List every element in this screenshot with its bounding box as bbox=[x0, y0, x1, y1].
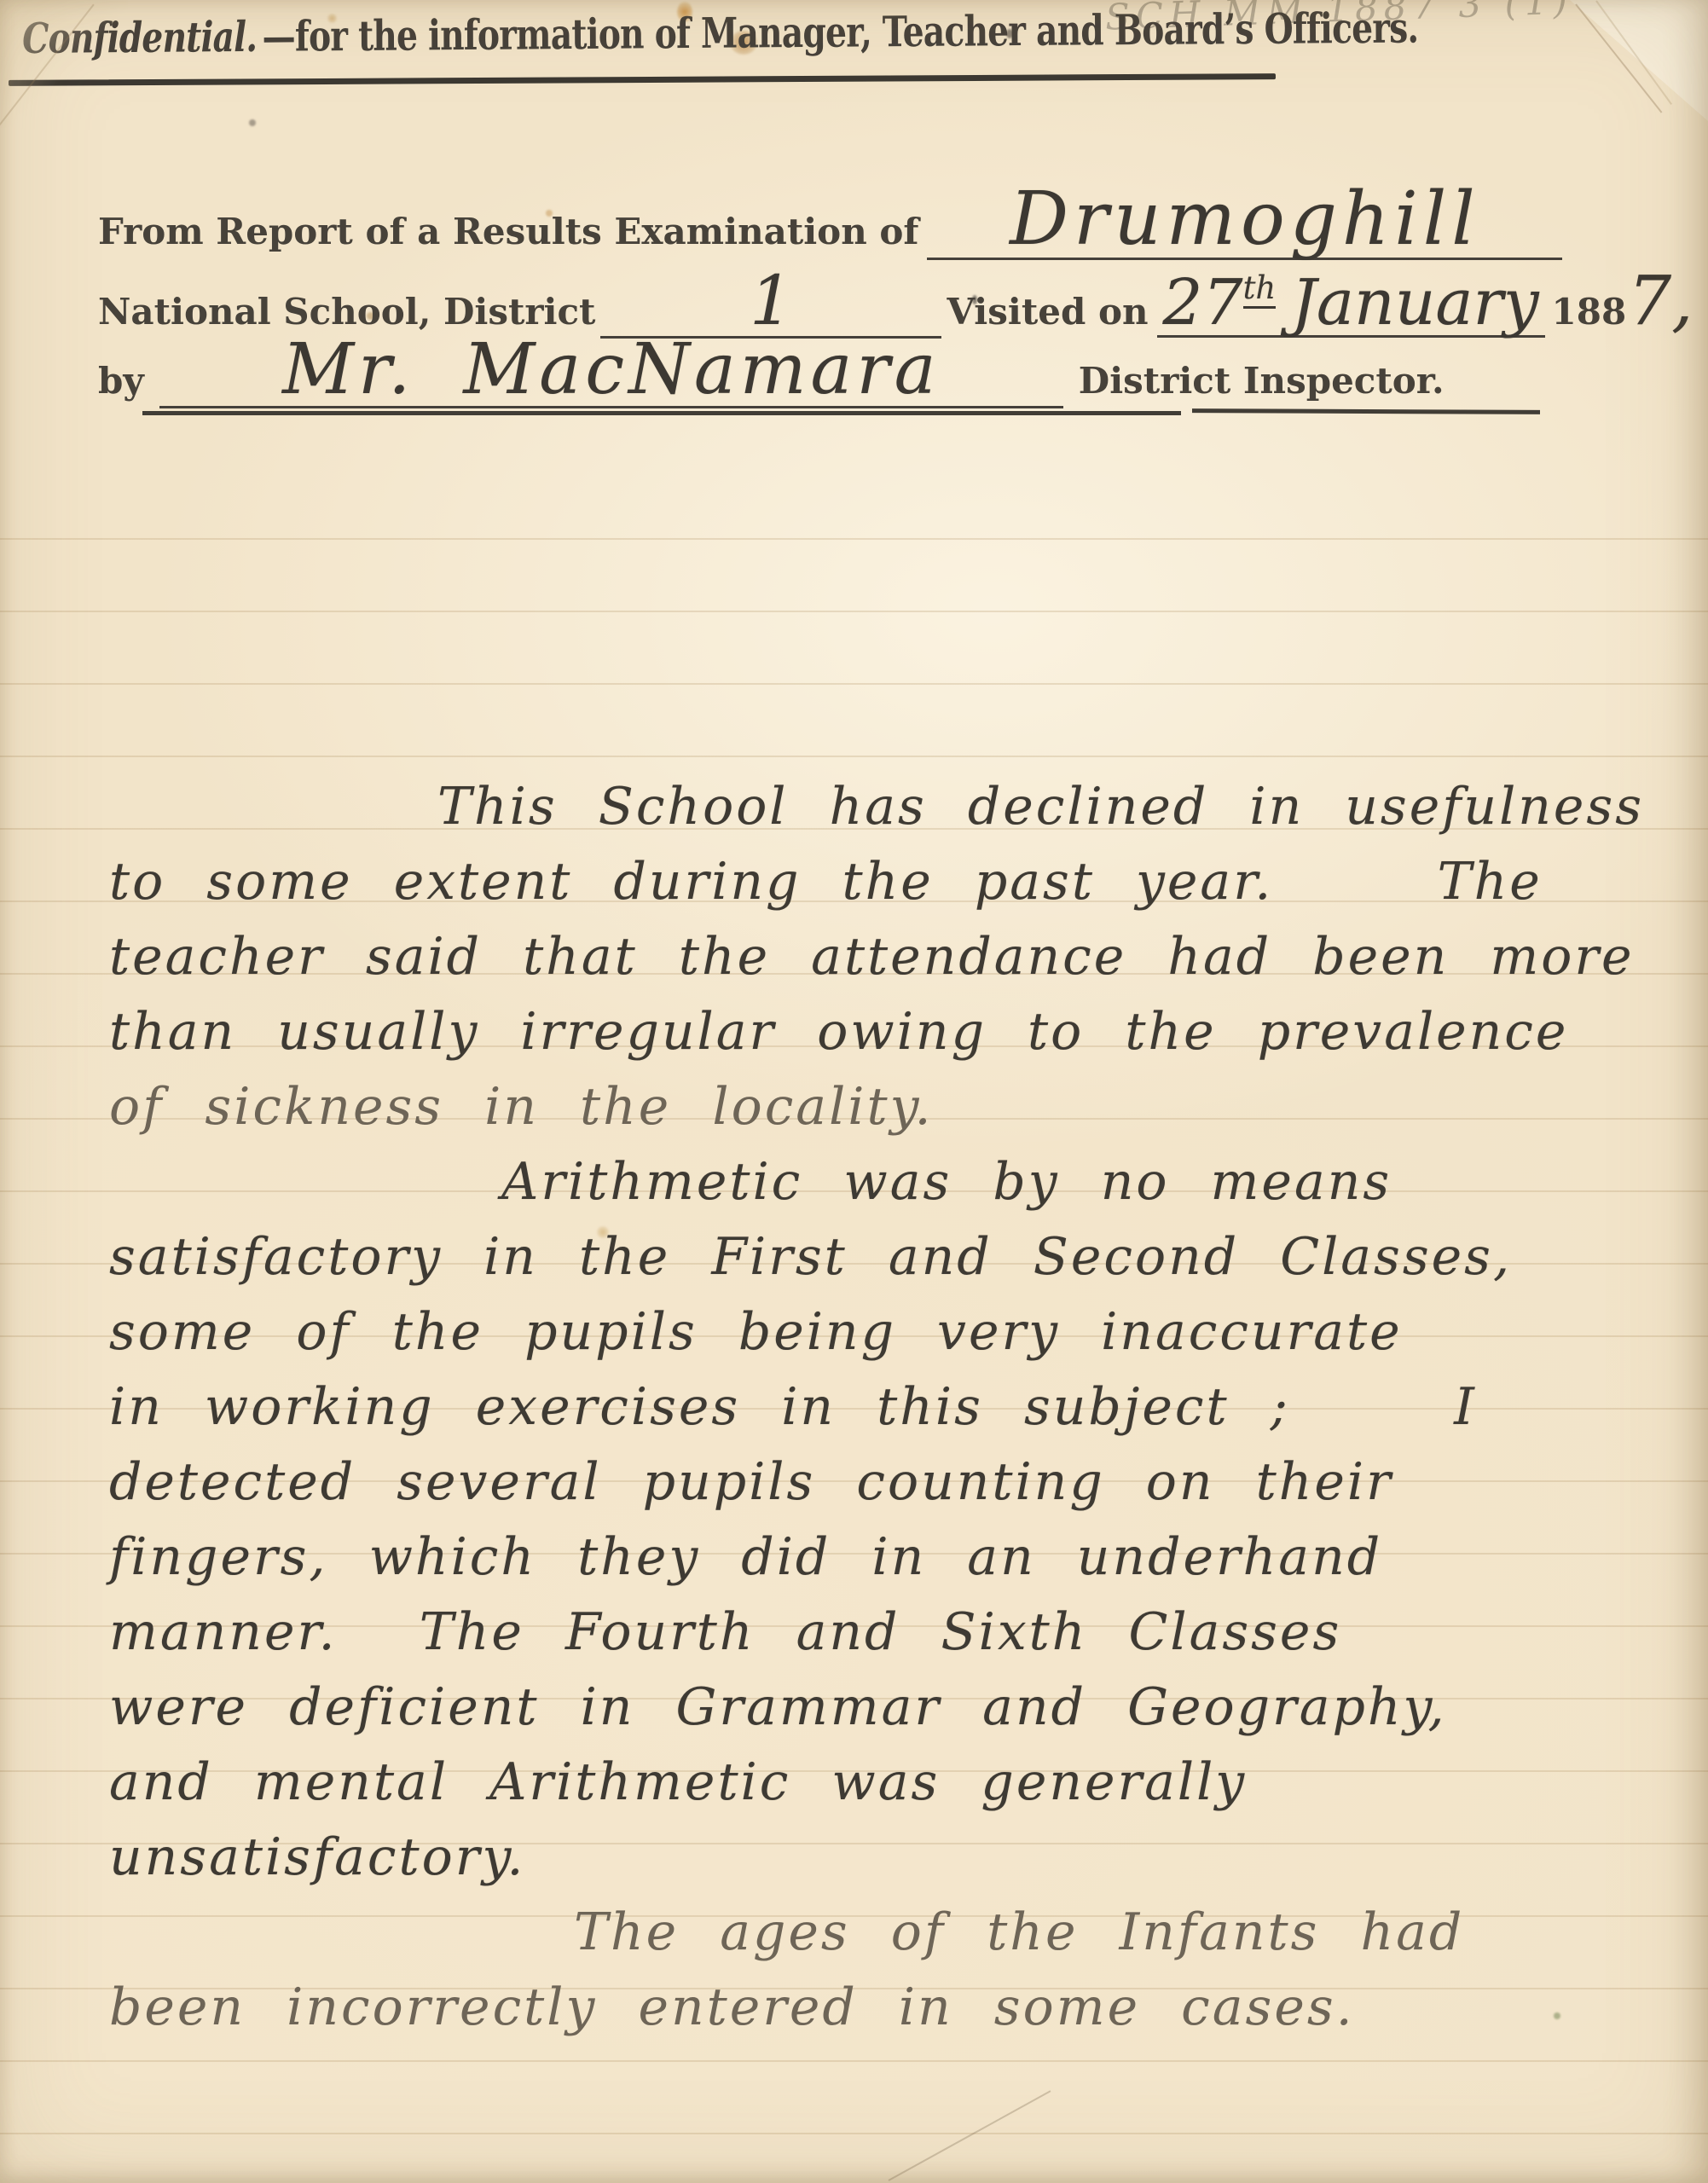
school-name-field: Drumoghill bbox=[927, 182, 1562, 260]
form-label-inspector-title: District Inspector. bbox=[1079, 360, 1445, 402]
form-bottom-rule-left bbox=[142, 411, 1181, 415]
handwritten-line: unsatisfactory. bbox=[109, 1820, 1670, 1895]
year-group: 188 7, bbox=[1552, 261, 1694, 340]
visit-day-ordinal: th bbox=[1243, 269, 1277, 309]
document-page: SCH MM 1887 3 (1) Confidential.—for the … bbox=[0, 0, 1708, 2183]
handwritten-line: This School has declined in usefulness bbox=[109, 769, 1670, 844]
handwritten-line: manner. The Fourth and Sixth Classes bbox=[109, 1595, 1670, 1670]
top-right-fold bbox=[1570, 0, 1708, 121]
handwritten-line: some of the pupils being very inaccurate bbox=[109, 1294, 1670, 1369]
visit-date-field: 27thJanuary bbox=[1157, 271, 1545, 338]
handwritten-line: to some extent during the past year. The bbox=[109, 844, 1670, 919]
handwritten-line: detected several pupils counting on thei… bbox=[109, 1445, 1670, 1520]
form-row-inspector: by Mr. MacNamara District Inspector. bbox=[98, 334, 1445, 408]
form-label-visited: Visited on bbox=[947, 291, 1148, 333]
handwritten-line: than usually irregular owing to the prev… bbox=[109, 994, 1670, 1069]
confidential-word: Confidential. bbox=[22, 12, 257, 63]
form-label-by: by bbox=[98, 360, 144, 402]
handwritten-line: been incorrectly entered in some cases. bbox=[109, 1970, 1670, 2045]
year-printed-prefix: 188 bbox=[1552, 291, 1627, 333]
handwritten-line: were deficient in Grammar and Geography, bbox=[109, 1670, 1670, 1745]
handwritten-line: of sickness in the locality. bbox=[109, 1069, 1670, 1144]
stain-spot bbox=[249, 119, 256, 126]
inspector-name-field: Mr. MacNamara bbox=[159, 334, 1063, 408]
year-handwritten-digit: 7, bbox=[1628, 261, 1693, 340]
header-rule bbox=[9, 73, 1276, 86]
visit-month: January bbox=[1291, 266, 1538, 339]
bottom-crease bbox=[889, 2090, 1051, 2181]
handwritten-line: The ages of the Infants had bbox=[109, 1895, 1670, 1970]
handwritten-line: fingers, which they did in an underhand bbox=[109, 1520, 1670, 1595]
handwritten-line: teacher said that the attendance had bee… bbox=[109, 919, 1670, 994]
district-number-field: 1 bbox=[600, 266, 941, 339]
top-right-crease bbox=[1575, 3, 1662, 113]
form-label-examination: From Report of a Results Examination of bbox=[98, 211, 918, 252]
form-label-district: National School, District bbox=[98, 291, 595, 333]
report-body: This School has declined in usefulness t… bbox=[109, 769, 1670, 2045]
visit-day: 27 bbox=[1162, 266, 1242, 339]
handwritten-line: Arithmetic was by no means bbox=[109, 1144, 1670, 1219]
confidential-header: Confidential.—for the information of Man… bbox=[22, 3, 1418, 62]
handwritten-line: and mental Arithmetic was generally bbox=[109, 1745, 1670, 1820]
handwritten-line: in working exercises in this subject ; I bbox=[109, 1369, 1670, 1445]
form-row-school: From Report of a Results Examination of … bbox=[98, 182, 1562, 260]
confidential-note: —for the information of Manager, Teacher… bbox=[262, 3, 1418, 61]
handwritten-line: satisfactory in the First and Second Cla… bbox=[109, 1219, 1670, 1294]
top-right-crease bbox=[1595, 0, 1672, 105]
form-bottom-rule-right bbox=[1192, 408, 1540, 414]
